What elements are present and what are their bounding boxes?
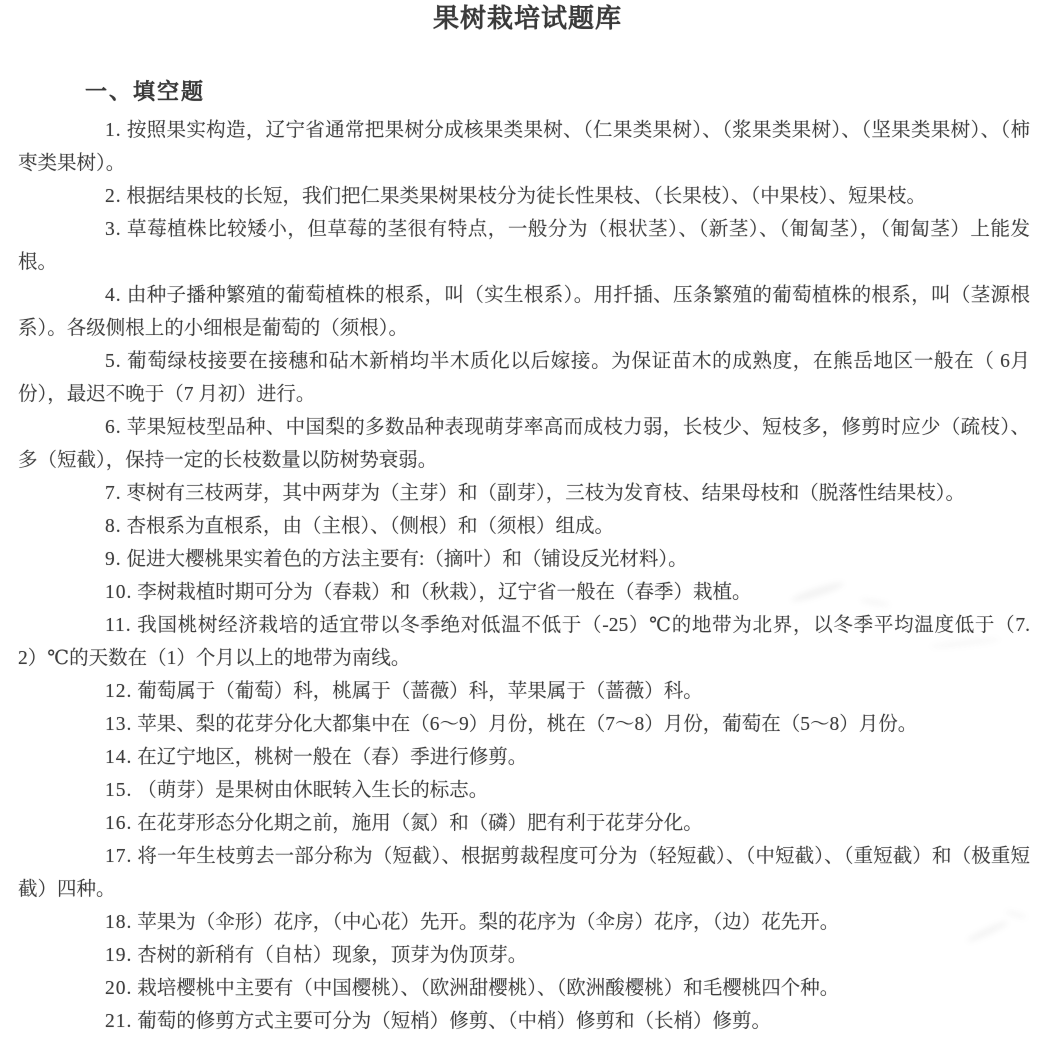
question-item: 7. 枣树有三枝两芽，其中两芽为（主芽）和（副芽），三枝为发育枝、结果母枝和（脱…: [18, 477, 1030, 510]
question-item: 8. 杏根系为直根系，由（主根）、（侧根）和（须根）组成。: [18, 510, 1030, 543]
question-number: 13.: [105, 714, 132, 735]
question-number: 12.: [105, 681, 132, 702]
question-text: 杏根系为直根系，由（主根）、（侧根）和（须根）组成。: [122, 516, 614, 537]
question-item: 1. 按照果实构造，辽宁省通常把果树分成核果类果树、（仁果类果树）、（浆果类果树…: [18, 114, 1030, 180]
question-text: 由种子播种繁殖的葡萄植株的根系，叫（实生根系）。用扦插、压条繁殖的葡萄植株的根系…: [18, 285, 1030, 339]
question-number: 14.: [105, 747, 132, 768]
question-item: 12. 葡萄属于（葡萄）科，桃属于（蔷薇）科，苹果属于（蔷薇）科。: [18, 675, 1030, 708]
question-item: 5. 葡萄绿枝接要在接穗和砧木新梢均半木质化以后嫁接。为保证苗木的成熟度，在熊岳…: [18, 345, 1030, 411]
question-text: 草莓植株比较矮小，但草莓的茎很有特点，一般分为（根状茎）、（新茎）、（匍匐茎），…: [18, 219, 1030, 273]
question-item: 18. 苹果为（伞形）花序，（中心花）先开。梨的花序为（伞房）花序，（边）花先开…: [18, 906, 1030, 939]
question-text: 苹果短枝型品种、中国梨的多数品种表现萌芽率高而成枝力弱，长枝少、短枝多，修剪时应…: [18, 417, 1030, 471]
question-list: 1. 按照果实构造，辽宁省通常把果树分成核果类果树、（仁果类果树）、（浆果类果树…: [18, 114, 1030, 1038]
question-text: 苹果为（伞形）花序，（中心花）先开。梨的花序为（伞房）花序，（边）花先开。: [132, 912, 839, 933]
question-number: 1.: [105, 120, 122, 141]
question-number: 16.: [105, 813, 132, 834]
question-text: 葡萄属于（葡萄）科，桃属于（蔷薇）科，苹果属于（蔷薇）科。: [132, 681, 702, 702]
question-item: 17. 将一年生枝剪去一部分称为（短截）、根据剪裁程度可分为（轻短截）、（中短截…: [18, 840, 1030, 906]
question-item: 10. 李树栽植时期可分为（春栽）和（秋栽），辽宁省一般在（春季）栽植。: [18, 576, 1030, 609]
question-number: 5.: [105, 351, 122, 372]
question-text: 李树栽植时期可分为（春栽）和（秋栽），辽宁省一般在（春季）栽植。: [132, 582, 751, 603]
question-number: 10.: [105, 582, 132, 603]
question-number: 19.: [105, 945, 132, 966]
question-number: 6.: [105, 417, 122, 438]
question-number: 15.: [105, 780, 132, 801]
question-number: 9.: [105, 549, 122, 570]
question-number: 17.: [105, 846, 132, 867]
question-text: 杏树的新稍有（自枯）现象，顶芽为伪顶芽。: [132, 945, 527, 966]
question-item: 3. 草莓植株比较矮小，但草莓的茎很有特点，一般分为（根状茎）、（新茎）、（匍匐…: [18, 213, 1030, 279]
question-number: 7.: [105, 483, 122, 504]
document-page: 果树栽培试题库 一、填空题 1. 按照果实构造，辽宁省通常把果树分成核果类果树、…: [0, 0, 1055, 1058]
question-number: 2.: [105, 186, 122, 207]
question-number: 3.: [105, 219, 122, 240]
question-text: 葡萄绿枝接要在接穗和砧木新梢均半木质化以后嫁接。为保证苗木的成熟度，在熊岳地区一…: [18, 351, 1030, 405]
question-number: 18.: [105, 912, 132, 933]
question-number: 11.: [105, 615, 132, 636]
question-item: 21. 葡萄的修剪方式主要可分为（短梢）修剪、（中梢）修剪和（长梢）修剪。: [18, 1005, 1030, 1038]
question-number: 4.: [105, 285, 122, 306]
question-text: 按照果实构造，辽宁省通常把果树分成核果类果树、（仁果类果树）、（浆果类果树）、（…: [18, 120, 1030, 174]
question-text: 我国桃树经济栽培的适宜带以冬季绝对低温不低于（-25）℃的地带为北界，以冬季平均…: [18, 615, 1030, 669]
question-item: 19. 杏树的新稍有（自枯）现象，顶芽为伪顶芽。: [18, 939, 1030, 972]
section-heading: 一、填空题: [85, 78, 1055, 106]
question-text: 促进大樱桃果实着色的方法主要有:（摘叶）和（铺设反光材料）。: [122, 549, 688, 570]
question-text: 葡萄的修剪方式主要可分为（短梢）修剪、（中梢）修剪和（长梢）修剪。: [132, 1011, 771, 1032]
question-item: 2. 根据结果枝的长短，我们把仁果类果树果枝分为徒长性果枝、（长果枝）、（中果枝…: [18, 180, 1030, 213]
question-text: 根据结果枝的长短，我们把仁果类果树果枝分为徒长性果枝、（长果枝）、（中果枝）、短…: [122, 186, 926, 207]
question-item: 20. 栽培樱桃中主要有（中国樱桃）、（欧洲甜樱桃）、（欧洲酸樱桃）和毛樱桃四个…: [18, 972, 1030, 1005]
question-item: 6. 苹果短枝型品种、中国梨的多数品种表现萌芽率高而成枝力弱，长枝少、短枝多，修…: [18, 411, 1030, 477]
question-text: 栽培樱桃中主要有（中国樱桃）、（欧洲甜樱桃）、（欧洲酸樱桃）和毛樱桃四个种。: [132, 978, 839, 999]
question-item: 4. 由种子播种繁殖的葡萄植株的根系，叫（实生根系）。用扦插、压条繁殖的葡萄植株…: [18, 279, 1030, 345]
question-item: 11. 我国桃树经济栽培的适宜带以冬季绝对低温不低于（-25）℃的地带为北界，以…: [18, 609, 1030, 675]
question-item: 14. 在辽宁地区，桃树一般在（春）季进行修剪。: [18, 741, 1030, 774]
question-item: 15. （萌芽）是果树由休眠转入生长的标志。: [18, 774, 1030, 807]
question-number: 20.: [105, 978, 132, 999]
question-number: 8.: [105, 516, 122, 537]
question-item: 16. 在花芽形态分化期之前，施用（氮）和（磷）肥有利于花芽分化。: [18, 807, 1030, 840]
question-text: 枣树有三枝两芽，其中两芽为（主芽）和（副芽），三枝为发育枝、结果母枝和（脱落性结…: [122, 483, 965, 504]
question-text: （萌芽）是果树由休眠转入生长的标志。: [132, 780, 488, 801]
question-number: 21.: [105, 1011, 132, 1032]
question-text: 苹果、梨的花芽分化大都集中在（6～9）月份，桃在（7～8）月份，葡萄在（5～8）…: [132, 714, 917, 735]
question-text: 在辽宁地区，桃树一般在（春）季进行修剪。: [132, 747, 527, 768]
question-text: 将一年生枝剪去一部分称为（短截）、根据剪裁程度可分为（轻短截）、（中短截）、（重…: [18, 846, 1030, 900]
question-item: 13. 苹果、梨的花芽分化大都集中在（6～9）月份，桃在（7～8）月份，葡萄在（…: [18, 708, 1030, 741]
question-text: 在花芽形态分化期之前，施用（氮）和（磷）肥有利于花芽分化。: [132, 813, 702, 834]
page-title: 果树栽培试题库: [0, 0, 1055, 36]
question-item: 9. 促进大樱桃果实着色的方法主要有:（摘叶）和（铺设反光材料）。: [18, 543, 1030, 576]
